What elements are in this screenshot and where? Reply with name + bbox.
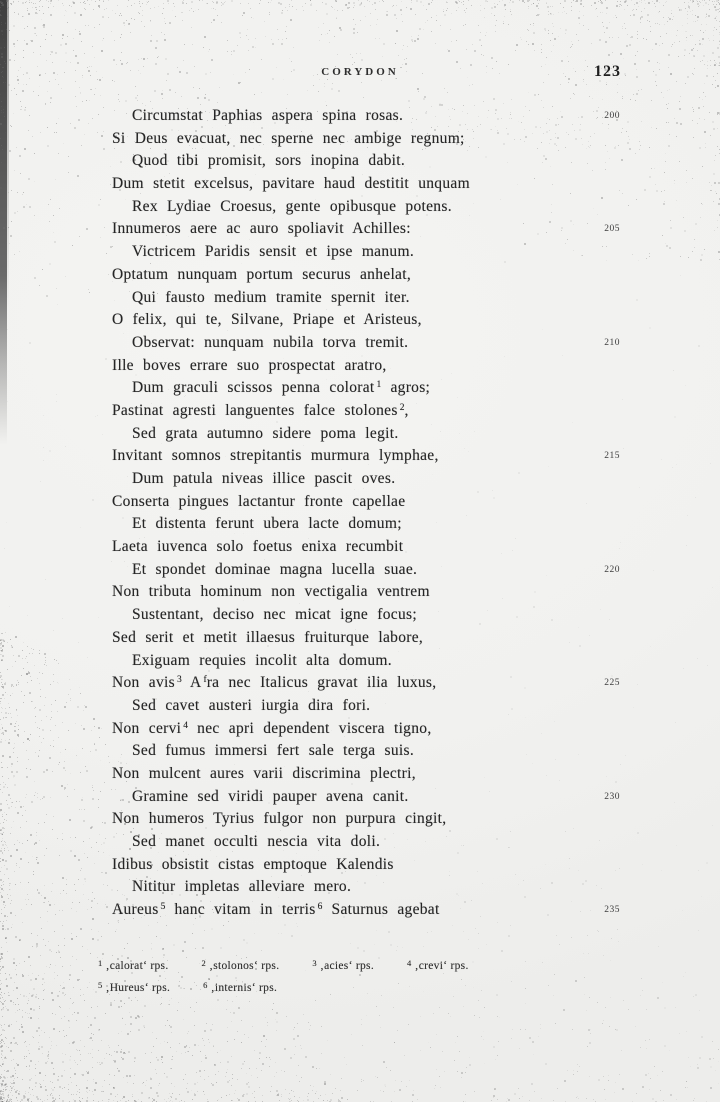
footnote-marker: 6 — [318, 902, 323, 912]
verse-line: Observat: nunquam nubila torva tremit.21… — [0, 332, 720, 355]
verse-line: Et distenta ferunt ubera lacte domum; — [0, 513, 720, 536]
footnote-row: 1‚calorat‘ rps.2‚stolonos‘ rps.3‚acies‘ … — [0, 955, 720, 977]
verse-text: Non tributa hominum non vectigalia ventr… — [112, 583, 430, 600]
verse-text: Sustentant, deciso nec micat igne focus; — [132, 606, 417, 623]
verse-line: Non cervi4 nec apri dependent viscera ti… — [0, 718, 720, 741]
footnote-item: 4‚crevi‘ rps. — [407, 955, 469, 977]
verse-line: Ille boves errare suo prospectat aratro, — [0, 355, 720, 378]
verse-text: Conserta pingues lactantur fronte capell… — [112, 493, 405, 510]
footnote-text: ‚crevi‘ rps. — [415, 960, 469, 972]
verse-line: Sed cavet austeri iurgia dira fori. — [0, 695, 720, 718]
verse-text: Laeta iuvenca solo foetus enixa recumbit — [112, 538, 403, 555]
verse-text: Si Deus evacuat, nec sperne nec ambige r… — [112, 130, 465, 147]
verse-text: Sed serit et metit illaesus fruiturque l… — [112, 629, 423, 646]
footnote-text: ‚calorat‘ rps. — [106, 960, 169, 972]
verse-line: Dum stetit excelsus, pavitare haud desti… — [0, 173, 720, 196]
verse-text: Dum patula niveas illice pascit oves. — [132, 470, 395, 487]
verse-text: Gramine sed viridi pauper avena canit. — [132, 788, 409, 805]
verse-text: Sed manet occulti nescia vita doli. — [132, 833, 380, 850]
footnote-text: ‚acies‘ rps. — [320, 960, 374, 972]
verse-line: Nititur impletas alleviare mero. — [0, 876, 720, 899]
verse-line: Pastinat agresti languentes falce stolon… — [0, 400, 720, 423]
verse-line: Non humeros Tyrius fulgor non purpura ci… — [0, 808, 720, 831]
footnote-item: 5‚Hureus‘ rps. — [98, 977, 170, 999]
verse-text: Dum stetit excelsus, pavitare haud desti… — [112, 175, 470, 192]
verse-line: Laeta iuvenca solo foetus enixa recumbit — [0, 536, 720, 559]
verse-text: Non humeros Tyrius fulgor non purpura ci… — [112, 810, 446, 827]
verse-text: Pastinat agresti languentes falce stolon… — [112, 402, 409, 419]
verse-text: Observat: nunquam nubila torva tremit. — [132, 334, 408, 351]
verse-line: Qui fausto medium tramite spernit iter. — [0, 287, 720, 310]
verse-line: Invitant somnos strepitantis murmura lym… — [0, 445, 720, 468]
verse-text: Et distenta ferunt ubera lacte domum; — [132, 515, 402, 532]
verse-text: O felix, qui te, Silvane, Priape et Aris… — [112, 311, 422, 328]
verse-line: Gramine sed viridi pauper avena canit.23… — [0, 786, 720, 809]
footnote-number: 5 — [98, 980, 103, 990]
margin-line-number: 225 — [604, 677, 620, 689]
footnote-number: 2 — [202, 958, 207, 968]
verse-text: Dum graculi scissos penna colorat1 agros… — [132, 379, 430, 396]
verse-text: Optatum nunquam portum securus anhelat, — [112, 266, 411, 283]
verse-line: Innumeros aere ac auro spoliavit Achille… — [0, 218, 720, 241]
margin-line-number: 230 — [604, 791, 620, 803]
verse-line: Exiguam requies incolit alta domum. — [0, 650, 720, 673]
verse-text: Sed cavet austeri iurgia dira fori. — [132, 697, 370, 714]
footnote-number: 1 — [98, 958, 103, 968]
verse-line: Rex Lydiae Croesus, gente opibusque pote… — [0, 196, 720, 219]
verse-line: Sed manet occulti nescia vita doli. — [0, 831, 720, 854]
verse-line: Sed grata autumno sidere poma legit. — [0, 423, 720, 446]
margin-line-number: 210 — [604, 337, 620, 349]
footnote-item: 6‚internis‘ rps. — [203, 977, 277, 999]
verse-line: Victricem Paridis sensit et ipse manum. — [0, 241, 720, 264]
verse-line: Non mulcent aures varii discrimina plect… — [0, 763, 720, 786]
verse-line: O felix, qui te, Silvane, Priape et Aris… — [0, 309, 720, 332]
verse-text: Innumeros aere ac auro spoliavit Achille… — [112, 220, 411, 237]
footnote-marker: 3 — [177, 675, 182, 685]
verse-line: Sed fumus immersi fert sale terga suis. — [0, 740, 720, 763]
verse-block: Circumstat Paphias aspera spina rosas.20… — [0, 105, 720, 922]
page-header: CORYDON 123 — [0, 0, 720, 90]
verse-line: Sustentant, deciso nec micat igne focus; — [0, 604, 720, 627]
verse-line: Aureus5 hanc vitam in terris6 Saturnus a… — [0, 899, 720, 922]
verse-text: Idibus obsistit cistas emptoque Kalendis — [112, 856, 394, 873]
verse-text: Non cervi4 nec apri dependent viscera ti… — [112, 720, 432, 737]
verse-line: Et spondet dominae magna lucella suae.22… — [0, 559, 720, 582]
page-number: 123 — [594, 63, 621, 81]
verse-text: Non mulcent aures varii discrimina plect… — [112, 765, 416, 782]
verse-line: Non avis3 Afra nec Italicus gravat ilia … — [0, 672, 720, 695]
verse-text: Sed fumus immersi fert sale terga suis. — [132, 742, 414, 759]
footnote-item: 3‚acies‘ rps. — [312, 955, 374, 977]
footnote-number: 4 — [407, 958, 412, 968]
verse-text: Quod tibi promisit, sors inopina dabit. — [132, 152, 405, 169]
verse-line: Circumstat Paphias aspera spina rosas.20… — [0, 105, 720, 128]
margin-line-number: 235 — [604, 904, 620, 916]
footnote-item: 2‚stolonos‘ rps. — [202, 955, 280, 977]
verse-line: Idibus obsistit cistas emptoque Kalendis — [0, 854, 720, 877]
verse-text: Circumstat Paphias aspera spina rosas. — [132, 107, 403, 124]
footnotes-block: 1‚calorat‘ rps.2‚stolonos‘ rps.3‚acies‘ … — [0, 955, 720, 999]
footnote-marker: f — [204, 675, 207, 685]
footnote-marker: 4 — [183, 721, 188, 731]
verse-line: Non tributa hominum non vectigalia ventr… — [0, 581, 720, 604]
footnote-text: ‚Hureus‘ rps. — [106, 982, 171, 994]
margin-line-number: 200 — [604, 110, 620, 122]
verse-line: Conserta pingues lactantur fronte capell… — [0, 491, 720, 514]
margin-line-number: 205 — [604, 223, 620, 235]
verse-line: Si Deus evacuat, nec sperne nec ambige r… — [0, 128, 720, 151]
verse-line: Dum graculi scissos penna colorat1 agros… — [0, 377, 720, 400]
margin-line-number: 215 — [604, 450, 620, 462]
footnote-marker: 5 — [161, 902, 166, 912]
margin-line-number: 220 — [604, 564, 620, 576]
scanned-book-page: CORYDON 123 Circumstat Paphias aspera sp… — [0, 0, 720, 1102]
footnote-number: 6 — [203, 980, 208, 990]
verse-text: Sed grata autumno sidere poma legit. — [132, 425, 399, 442]
footnote-row: 5‚Hureus‘ rps.6‚internis‘ rps. — [0, 977, 720, 999]
footnote-text: ‚stolonos‘ rps. — [209, 960, 279, 972]
verse-text: Rex Lydiae Croesus, gente opibusque pote… — [132, 198, 452, 215]
verse-line: Optatum nunquam portum securus anhelat, — [0, 264, 720, 287]
footnote-item: 1‚calorat‘ rps. — [98, 955, 169, 977]
verse-line: Dum patula niveas illice pascit oves. — [0, 468, 720, 491]
verse-text: Ille boves errare suo prospectat aratro, — [112, 357, 387, 374]
verse-text: Victricem Paridis sensit et ipse manum. — [132, 243, 414, 260]
footnote-number: 3 — [312, 958, 317, 968]
verse-text: Exiguam requies incolit alta domum. — [132, 652, 392, 669]
verse-text: Aureus5 hanc vitam in terris6 Saturnus a… — [112, 901, 440, 918]
verse-text: Qui fausto medium tramite spernit iter. — [132, 289, 410, 306]
footnote-marker: 1 — [377, 380, 382, 390]
verse-text: Invitant somnos strepitantis murmura lym… — [112, 447, 439, 464]
footnote-marker: 2 — [400, 403, 405, 413]
verse-line: Quod tibi promisit, sors inopina dabit. — [0, 150, 720, 173]
verse-text: Et spondet dominae magna lucella suae. — [132, 561, 417, 578]
verse-text: Nititur impletas alleviare mero. — [132, 878, 351, 895]
verse-text: Non avis3 Afra nec Italicus gravat ilia … — [112, 674, 436, 691]
footnote-text: ‚internis‘ rps. — [211, 982, 277, 994]
verse-line: Sed serit et metit illaesus fruiturque l… — [0, 627, 720, 650]
